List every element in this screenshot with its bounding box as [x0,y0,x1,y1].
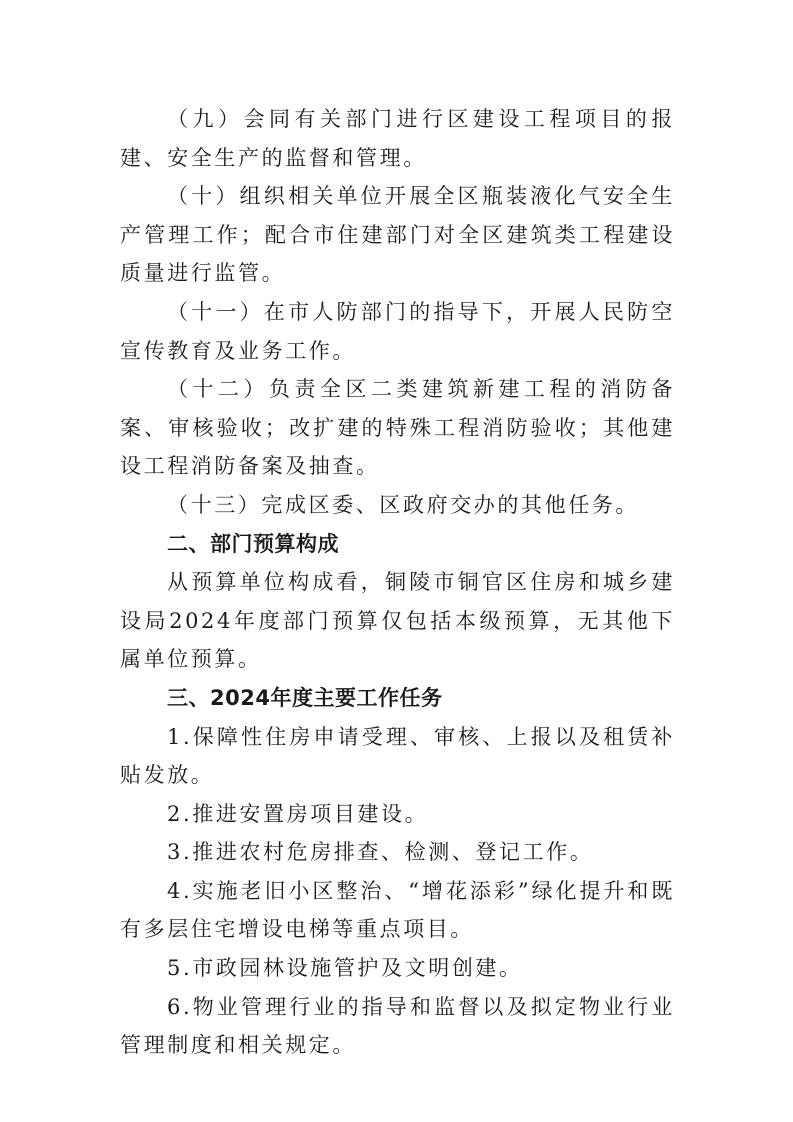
paragraph-item-9: （九）会同有关部门进行区建设工程项目的报建、安全生产的监督和管理。 [120,100,675,177]
paragraph-item-11: （十一）在市人防部门的指导下，开展人民防空宣传教育及业务工作。 [120,293,675,370]
section-heading-budget-composition: 二、部门预算构成 [120,525,675,564]
paragraph-budget-composition: 从预算单位构成看，铜陵市铜官区住房和城乡建设局2024年度部门预算仅包括本级预算… [120,563,675,679]
task-item-1: 1.保障性住房申请受理、审核、上报以及租赁补贴发放。 [120,718,675,795]
paragraph-item-12: （十二）负责全区二类建筑新建工程的消防备案、审核验收；改扩建的特殊工程消防验收；… [120,370,675,486]
paragraph-item-10: （十）组织相关单位开展全区瓶装液化气安全生产管理工作；配合市住建部门对全区建筑类… [120,177,675,293]
task-item-5: 5.市政园林设施管护及文明创建。 [120,949,675,988]
task-item-4: 4.实施老旧小区整治、“增花添彩”绿化提升和既有多层住宅增设电梯等重点项目。 [120,872,675,949]
paragraph-item-13: （十三）完成区委、区政府交办的其他任务。 [120,486,675,525]
task-item-3: 3.推进农村危房排查、检测、登记工作。 [120,833,675,872]
section-heading-main-tasks: 三、2024年度主要工作任务 [120,679,675,718]
task-item-6: 6.物业管理行业的指导和监督以及拟定物业行业管理制度和相关规定。 [120,988,675,1065]
document-page: （九）会同有关部门进行区建设工程项目的报建、安全生产的监督和管理。 （十）组织相… [120,100,675,1065]
task-item-2: 2.推进安置房项目建设。 [120,795,675,834]
